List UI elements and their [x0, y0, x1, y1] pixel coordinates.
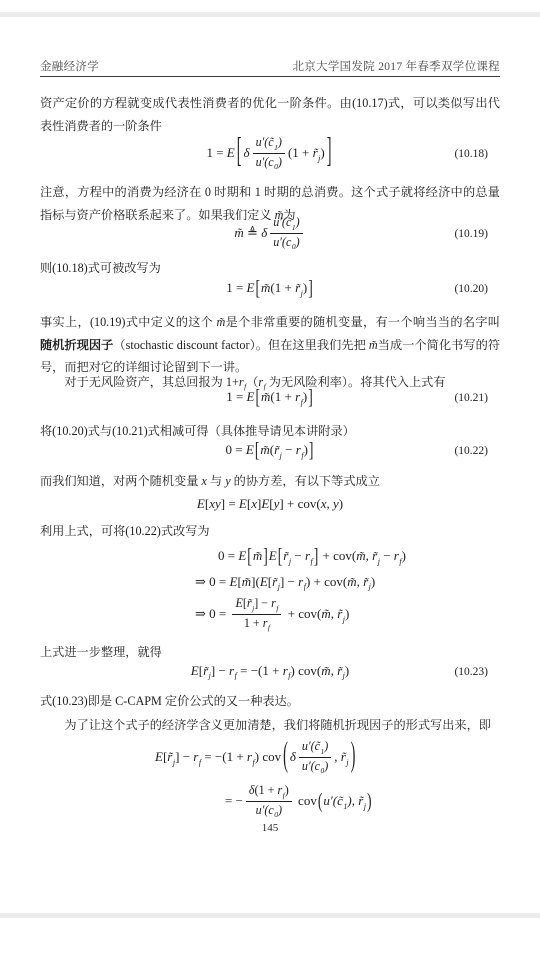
equation-body: 0 = E[m̃(r̃j − rf)] [226, 441, 315, 461]
page-gap-bottom [0, 913, 540, 918]
paragraph-covariance-note: 而我们知道，对两个随机变量 x 与 y 的协方差，有以下等式成立 [40, 470, 500, 493]
equation-number: (10.19) [454, 227, 488, 241]
equation-number: (10.22) [454, 444, 488, 458]
paragraph-subtract-note: 将(10.20)式与(10.21)式相减可得（具体推导请见本讲附录） [40, 420, 500, 443]
equation-body: m̃ ≜ δu′(c̃1)u′(c0) [234, 216, 305, 252]
derivation-line-1: 0 = E[m̃]E[r̃j − rf] + cov(m̃, r̃j − rf) [40, 546, 540, 568]
equation-body: E[xy] = E[x]E[y] + cov(x, y) [197, 496, 343, 512]
equation-10-22: 0 = E[m̃(r̃j − rf)] (10.22) [40, 441, 500, 461]
equation-10-23: E[r̃j] − rf = −(1 + rf) cov(m̃, r̃j) (10… [40, 662, 500, 682]
paragraph-use-identity: 利用上式，可将(10.22)式改写为 [40, 520, 500, 543]
paragraph-sdf-definition: 事实上，(10.19)式中定义的这个 m̃是个非常重要的随机变量，有一个响当当的… [40, 311, 500, 379]
derivation-line-3: ⇒ 0 = E[r̃j] − rf1 + rf + cov(m̃, r̃j) [40, 594, 540, 636]
equation-10-20: 1 = E[m̃(1 + r̃j)] (10.20) [40, 279, 500, 299]
page-number: 145 [40, 822, 500, 834]
equation-body: 1 = E[m̃(1 + r̃j)] [226, 279, 314, 299]
equation-body: ⇒ 0 = E[r̃j] − rf1 + rf + cov(m̃, r̃j) [195, 597, 349, 633]
header-institution: 北京大学国发院 2017 年春季双学位课程 [292, 58, 500, 74]
final-equation-line-1: E[r̃j] − rf = −(1 + rf) cov(δu′(c̃1)u′(c… [40, 735, 540, 781]
equation-body: 0 = E[m̃]E[r̃j − rf] + cov(m̃, r̃j − rf) [218, 547, 406, 567]
page-gap-top [0, 12, 540, 17]
paragraph-economic-meaning: 为了让这个式子的经济学含义更加清楚，我们将随机折现因子的形式写出来，即 [40, 714, 500, 737]
equation-body: E[r̃j] − rf = −(1 + rf) cov(δu′(c̃1)u′(c… [155, 740, 357, 776]
equation-covariance-identity: E[xy] = E[x]E[y] + cov(x, y) [40, 495, 500, 513]
equation-body: 1 = E[δu′(c̃1)u′(c0)(1 + r̃j)] [206, 136, 333, 172]
equation-10-21: 1 = E[m̃(1 + rf)] (10.21) [40, 388, 500, 408]
paragraph-rewrite-note: 则(10.18)式可被改写为 [40, 257, 500, 280]
equation-number: (10.21) [454, 391, 488, 405]
equation-number: (10.20) [454, 282, 488, 296]
equation-body: E[r̃j] − rf = −(1 + rf) cov(m̃, r̃j) [191, 663, 349, 682]
equation-body: ⇒ 0 = E[m̃](E[r̃j] − rf) + cov(m̃, r̃j) [195, 574, 375, 593]
header-course-title: 金融经济学 [40, 58, 99, 74]
derivation-line-2: ⇒ 0 = E[m̃](E[r̃j] − rf) + cov(m̃, r̃j) [40, 572, 540, 594]
equation-10-18: 1 = E[δu′(c̃1)u′(c0)(1 + r̃j)] (10.18) [40, 131, 500, 177]
final-equation-line-2: = −δ(1 + rf)u′(c0) cov(u′(c̃1), r̃j) [40, 781, 540, 823]
equation-body: 1 = E[m̃(1 + rf)] [226, 388, 314, 408]
equation-number: (10.23) [454, 665, 488, 679]
equation-10-19: m̃ ≜ δu′(c̃1)u′(c0) (10.19) [40, 212, 500, 256]
paragraph-ccapm-note: 式(10.23)即是 C-CAPM 定价公式的又一种表达。 [40, 690, 500, 713]
equation-number: (10.18) [454, 147, 488, 161]
document-page: { "doc": { "header_left": "金融经济学", "head… [0, 0, 540, 960]
paragraph-simplify-note: 上式进一步整理，就得 [40, 641, 500, 664]
equation-body: = −δ(1 + rf)u′(c0) cov(u′(c̃1), r̃j) [225, 784, 373, 820]
header-rule [40, 76, 500, 77]
